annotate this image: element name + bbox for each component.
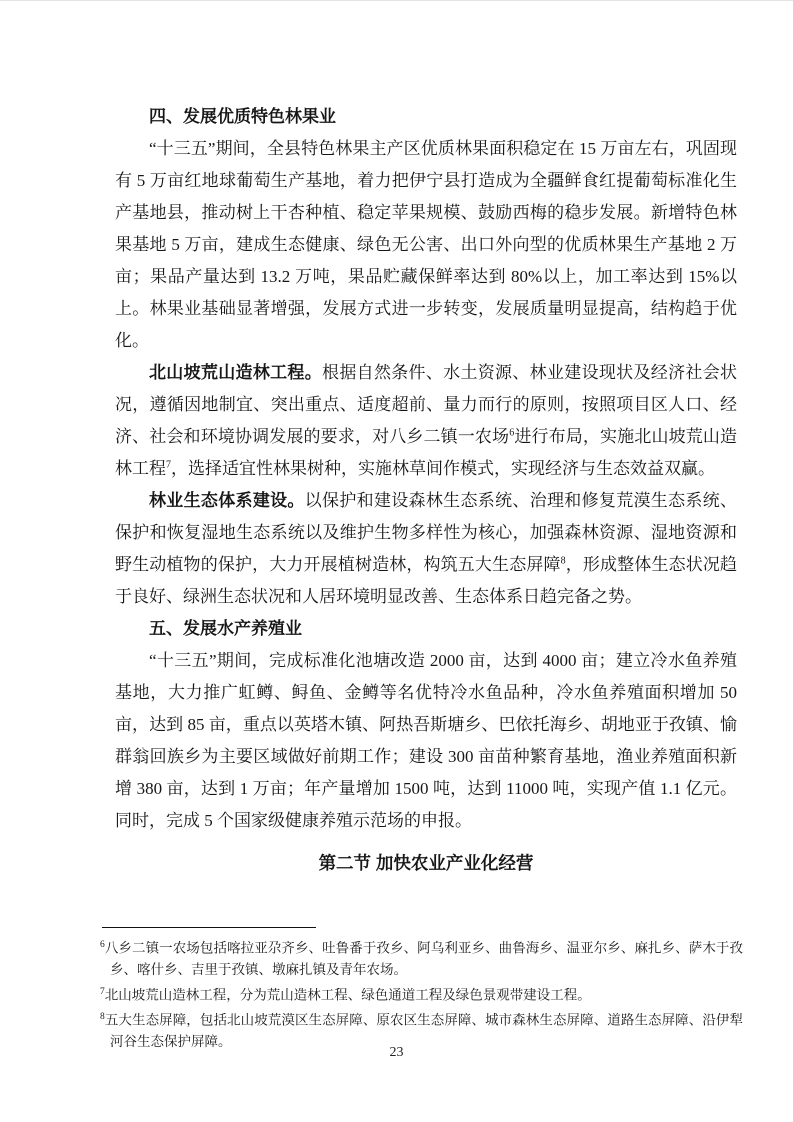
paragraph-forestry-ecosystem: 林业生态体系建设。以保护和建设森林生态系统、治理和修复荒漠生态系统、保护和恢复湿… [115,485,737,613]
heading-develop-fruit-industry: 四、发展优质特色林果业 [115,101,737,133]
paragraph-lead-beishanpo: 北山坡荒山造林工程。 [149,363,322,382]
paragraph-fruit-industry: “十三五”期间，全县特色林果主产区优质林果面积稳定在 15 万亩左右，巩固现有 … [115,133,737,357]
footnote-7: 7北山坡荒山造林工程，分为荒山造林工程、绿色通道工程及绿色景观带建设工程。 [100,982,743,1006]
paragraph-beishanpo-afforestation: 北山坡荒山造林工程。根据自然条件、水土资源、林业建设现状及经济社会状况，遵循因地… [115,357,737,485]
footnote-separator-rule [102,927,316,928]
document-body: 四、发展优质特色林果业 “十三五”期间，全县特色林果主产区优质林果面积稳定在 1… [115,101,737,879]
paragraph-text: ，选择适宜性林果树种，实施林草间作模式，实现经济与生态效益双赢。 [171,459,715,478]
heading-develop-aquaculture: 五、发展水产养殖业 [115,613,737,645]
paragraph-aquaculture: “十三五”期间，完成标准化池塘改造 2000 亩，达到 4000 亩；建立冷水鱼… [115,645,737,837]
footnote-text: 北山坡荒山造林工程，分为荒山造林工程、绿色通道工程及绿色景观带建设工程。 [105,987,591,1002]
document-page: 四、发展优质特色林果业 “十三五”期间，全县特色林果主产区优质林果面积稳定在 1… [0,0,793,1122]
footnote-text: 八乡二镇一农场包括喀拉亚尕齐乡、吐鲁番于孜乡、阿乌利亚乡、曲鲁海乡、温亚尔乡、麻… [105,941,743,977]
paragraph-lead-linye: 林业生态体系建设。 [149,491,305,510]
footnotes-block: 6八乡二镇一农场包括喀拉亚尕齐乡、吐鲁番于孜乡、阿乌利亚乡、曲鲁海乡、温亚尔乡、… [100,927,743,1054]
footnote-6: 6八乡二镇一农场包括喀拉亚尕齐乡、吐鲁番于孜乡、阿乌利亚乡、曲鲁海乡、温亚尔乡、… [100,935,743,980]
page-number: 23 [0,1043,793,1063]
section-heading-agriculture-industrialization: 第二节 加快农业产业化经营 [115,847,737,879]
